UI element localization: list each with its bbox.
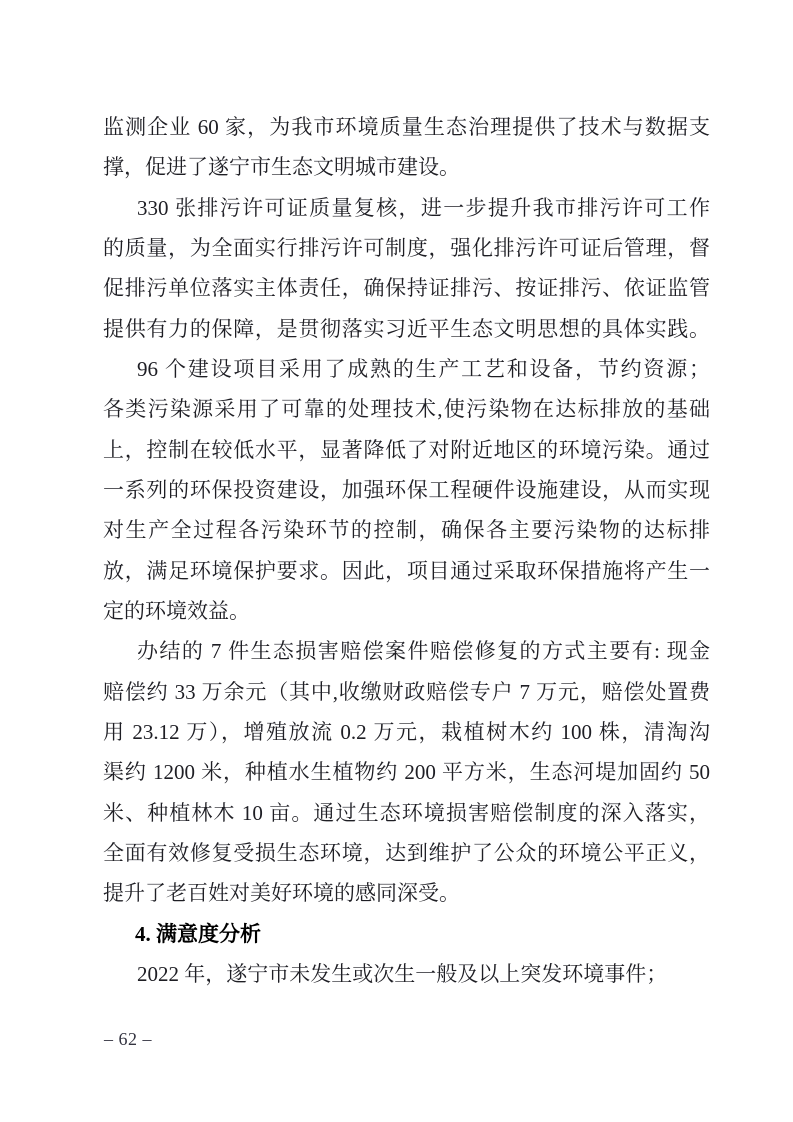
text-line: 对生产全过程各污染环节的控制，确保各主要污染物的达标排 <box>103 510 710 550</box>
text-line: 的质量，为全面实行排污许可制度，强化排污许可证后管理，督 <box>103 228 710 268</box>
text-line: 米、种植林木 10 亩。通过生态环境损害赔偿制度的深入落实， <box>103 793 710 833</box>
document-page: 监测企业 60 家，为我市环境质量生态治理提供了技术与数据支撑，促进了遂宁市生态… <box>0 0 793 1122</box>
page-number: – 62 – <box>104 1029 152 1050</box>
para-construction-projects: 96 个建设项目采用了成熟的生产工艺和设备，节约资源；各类污染源采用了可靠的处理… <box>103 349 710 631</box>
text-line: 提供有力的保障，是贯彻落实习近平生态文明思想的具体实践。 <box>103 309 710 349</box>
para-monitoring-support: 监测企业 60 家，为我市环境质量生态治理提供了技术与数据支撑，促进了遂宁市生态… <box>103 107 710 188</box>
text-line: 330 张排污许可证质量复核，进一步提升我市排污许可工作 <box>103 188 710 228</box>
text-line: 一系列的环保投资建设，加强环保工程硬件设施建设，从而实现 <box>103 470 710 510</box>
text-line: 96 个建设项目采用了成熟的生产工艺和设备，节约资源； <box>103 349 710 389</box>
para-discharge-permits: 330 张排污许可证质量复核，进一步提升我市排污许可工作的质量，为全面实行排污许… <box>103 188 710 349</box>
text-line: 定的环境效益。 <box>103 591 710 631</box>
text-line: 渠约 1200 米，种植水生植物约 200 平方米，生态河堤加固约 50 <box>103 752 710 792</box>
text-line: 提升了老百姓对美好环境的感同深受。 <box>103 873 710 913</box>
text-line: 4. 满意度分析 <box>103 914 710 954</box>
text-line: 用 23.12 万），增殖放流 0.2 万元，栽植树木约 100 株，清淘沟 <box>103 712 710 752</box>
text-line: 撑，促进了遂宁市生态文明城市建设。 <box>103 147 710 187</box>
text-line: 各类污染源采用了可靠的处理技术,使污染物在达标排放的基础 <box>103 389 710 429</box>
text-line: 监测企业 60 家，为我市环境质量生态治理提供了技术与数据支 <box>103 107 710 147</box>
text-line: 上，控制在较低水平，显著降低了对附近地区的环境污染。通过 <box>103 430 710 470</box>
text-line: 2022 年，遂宁市未发生或次生一般及以上突发环境事件； <box>103 954 710 994</box>
text-line: 促排污单位落实主体责任，确保持证排污、按证排污、依证监管 <box>103 268 710 308</box>
heading-satisfaction-analysis: 4. 满意度分析 <box>103 914 710 954</box>
text-line: 全面有效修复受损生态环境，达到维护了公众的环境公平正义， <box>103 833 710 873</box>
text-line: 赔偿约 33 万余元（其中,收缴财政赔偿专户 7 万元，赔偿处置费 <box>103 672 710 712</box>
para-satisfaction-2022: 2022 年，遂宁市未发生或次生一般及以上突发环境事件； <box>103 954 710 994</box>
text-line: 放，满足环境保护要求。因此，项目通过采取环保措施将产生一 <box>103 551 710 591</box>
para-eco-damage-compensation: 办结的 7 件生态损害赔偿案件赔偿修复的方式主要有: 现金赔偿约 33 万余元（… <box>103 631 710 913</box>
document-body: 监测企业 60 家，为我市环境质量生态治理提供了技术与数据支撑，促进了遂宁市生态… <box>103 107 710 994</box>
text-line: 办结的 7 件生态损害赔偿案件赔偿修复的方式主要有: 现金 <box>103 631 710 671</box>
